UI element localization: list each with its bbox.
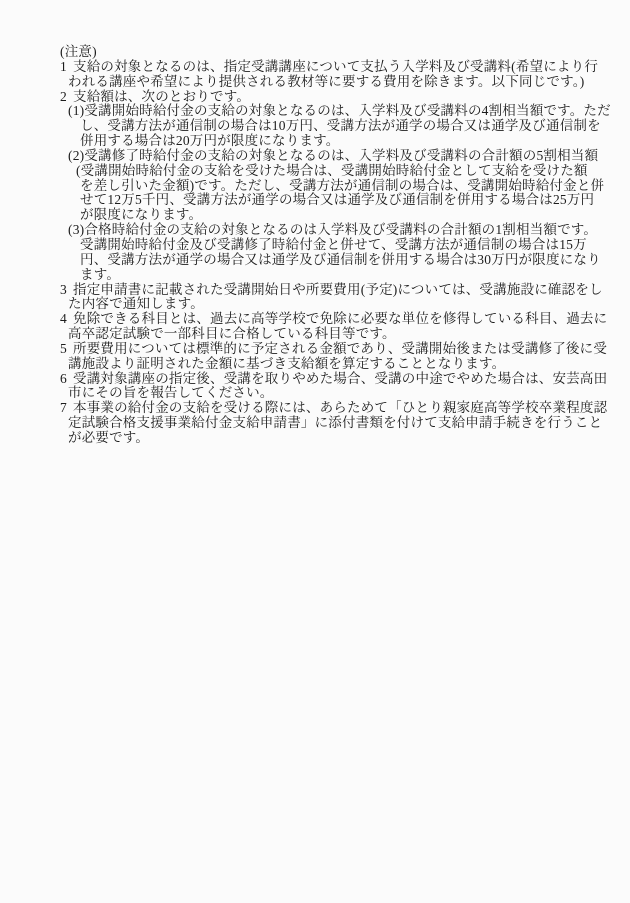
line-text: が必要です。 bbox=[68, 430, 149, 445]
document-line: 4免除できる科目とは、過去に高等学校で免除に必要な単位を修得している科目、過去に bbox=[0, 312, 630, 327]
line-text: を差し引いた金額)です。ただし、受講方法が通信制の場合は、受講開始時給付金と併 bbox=[80, 178, 604, 193]
line-text: 市にその旨を報告してください。 bbox=[68, 385, 274, 400]
notes-body: 1支給の対象となるのは、指定受講講座について支払う入学料及び受講料(希望により行… bbox=[0, 60, 630, 446]
item-number: 4 bbox=[60, 312, 73, 327]
line-text: 受講対象講座の指定後、受講を取りやめた場合、受講の中途でやめた場合は、安芸高田 bbox=[73, 371, 607, 386]
line-text: が限度になります。 bbox=[80, 207, 202, 222]
line-text: ます。 bbox=[80, 267, 120, 282]
item-number: 7 bbox=[60, 401, 73, 416]
line-text: 合格時給付金の支給の対象となるのは入学料及び受講料の合計額の1割相当額です。 bbox=[84, 222, 597, 237]
document-line: (1)受講開始時給付金の支給の対象となるのは、入学料及び受講料の4割相当額です。… bbox=[0, 104, 630, 119]
item-number: (3) bbox=[68, 223, 84, 238]
line-text: し、受講方法が通信制の場合は10万円、受講方法が通学の場合又は通学及び通信制を bbox=[80, 118, 601, 133]
line-text: 高卒認定試験で一部科目に合格している科目等です。 bbox=[68, 326, 396, 341]
document-line: (受講開始時給付金の支給を受けた場合は、受講開始時給付金として支給を受けた額 bbox=[0, 164, 630, 179]
line-text: 円、受講方法が通学の場合又は通学及び通信制を併用する場合は30万円が限度になり bbox=[80, 252, 601, 267]
document-line: (3)合格時給付金の支給の対象となるのは入学料及び受講料の合計額の1割相当額です… bbox=[0, 223, 630, 238]
line-text: (受講開始時給付金の支給を受けた場合は、受講開始時給付金として支給を受けた額 bbox=[76, 163, 588, 178]
document-line: 併用する場合は20万円が限度になります。 bbox=[0, 134, 630, 149]
document-line: た内容で通知します。 bbox=[0, 297, 630, 312]
document-line: が限度になります。 bbox=[0, 208, 630, 223]
item-number: 1 bbox=[60, 60, 73, 75]
document-line: し、受講方法が通信制の場合は10万円、受講方法が通学の場合又は通学及び通信制を bbox=[0, 119, 630, 134]
line-text: た内容で通知します。 bbox=[68, 296, 204, 311]
document-line: 高卒認定試験で一部科目に合格している科目等です。 bbox=[0, 327, 630, 342]
document-line: 講施設より証明された金額に基づき支給額を算定することとなります。 bbox=[0, 357, 630, 372]
line-text: 併用する場合は20万円が限度になります。 bbox=[80, 133, 339, 148]
document-line: 受講開始時給付金及び受講修了時給付金と併せて、受講方法が通信制の場合は15万 bbox=[0, 238, 630, 253]
document-line: ます。 bbox=[0, 268, 630, 283]
line-text: 本事業の給付金の支給を受ける際には、あらためて「ひとり親家庭高等学校卒業程度認 bbox=[73, 400, 607, 415]
document-line: 7本事業の給付金の支給を受ける際には、あらためて「ひとり親家庭高等学校卒業程度認 bbox=[0, 401, 630, 416]
document-line: われる講座や希望により提供される教材等に要する費用を除きます。以下同じです。) bbox=[0, 75, 630, 90]
document-page: (注意) 1支給の対象となるのは、指定受講講座について支払う入学料及び受講料(希… bbox=[0, 0, 630, 903]
document-line: 1支給の対象となるのは、指定受講講座について支払う入学料及び受講料(希望により行 bbox=[0, 60, 630, 75]
line-text: 受講開始時給付金及び受講修了時給付金と併せて、受講方法が通信制の場合は15万 bbox=[80, 237, 587, 252]
line-text: 講施設より証明された金額に基づき支給額を算定することとなります。 bbox=[68, 356, 505, 371]
notes-heading: (注意) bbox=[0, 45, 630, 60]
line-text: われる講座や希望により提供される教材等に要する費用を除きます。以下同じです。) bbox=[68, 74, 584, 89]
line-text: 受講修了時給付金の支給の対象となるのは、入学料及び受講料の合計額の5割相当額 bbox=[84, 148, 598, 163]
line-text: 支給額は、次のとおりです。 bbox=[73, 89, 250, 104]
line-text: 免除できる科目とは、過去に高等学校で免除に必要な単位を修得している科目、過去に bbox=[73, 311, 607, 326]
line-text: 定試験合格支援事業給付金支給申請書」に添付書類を付けて支給申請手続きを行うこと bbox=[68, 415, 602, 430]
document-line: 定試験合格支援事業給付金支給申請書」に添付書類を付けて支給申請手続きを行うこと bbox=[0, 416, 630, 431]
item-number: (1) bbox=[68, 104, 84, 119]
document-line: 5所要費用については標準的に予定される金額であり、受講開始後または受講修了後に受 bbox=[0, 342, 630, 357]
line-text: 支給の対象となるのは、指定受講講座について支払う入学料及び受講料(希望により行 bbox=[73, 59, 598, 74]
line-text: 指定申請書に記載された受講開始日や所要費用(予定)については、受講施設に確認をし bbox=[73, 282, 603, 297]
document-line: (2)受講修了時給付金の支給の対象となるのは、入学料及び受講料の合計額の5割相当… bbox=[0, 149, 630, 164]
item-number: (2) bbox=[68, 149, 84, 164]
line-text: せて12万5千円、受講方法が通学の場合又は通学及び通信制を併用する場合は25万円 bbox=[80, 192, 594, 207]
notes-section: (注意) 1支給の対象となるのは、指定受講講座について支払う入学料及び受講料(希… bbox=[0, 45, 630, 446]
line-text: 所要費用については標準的に予定される金額であり、受講開始後または受講修了後に受 bbox=[73, 341, 607, 356]
document-line: 円、受講方法が通学の場合又は通学及び通信制を併用する場合は30万円が限度になり bbox=[0, 253, 630, 268]
line-text: 受講開始時給付金の支給の対象となるのは、入学料及び受講料の4割相当額です。ただ bbox=[84, 103, 610, 118]
item-number: 2 bbox=[60, 90, 73, 105]
item-number: 5 bbox=[60, 342, 73, 357]
document-line: が必要です。 bbox=[0, 431, 630, 446]
